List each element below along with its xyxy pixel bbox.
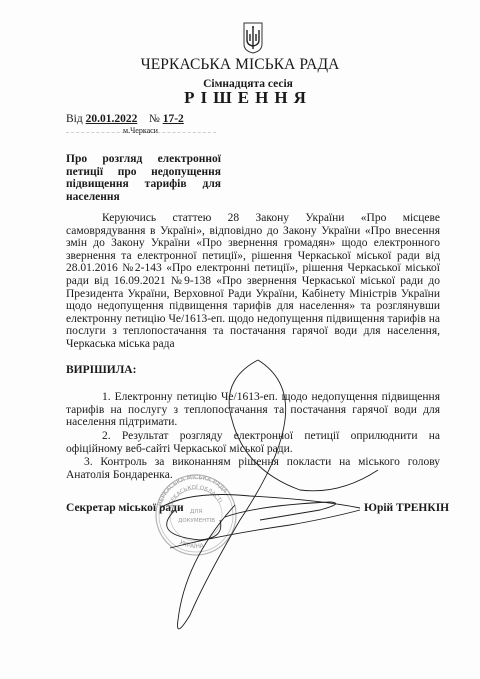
subject-line: населення [66,191,221,204]
official-stamp-icon: ЧЕРКАСЬКА МІСЬКА РАДА ЧЕРКАСЬКОЇ ОБЛАСТІ… [156,474,236,555]
subject-line: петиції про недопущення [66,166,221,179]
preamble-paragraph: Керуючись статтею 28 Закону України «Про… [66,212,440,351]
subject-line: Про розгляд електронної [66,153,221,166]
trident-emblem-icon [243,22,263,54]
signatory-position: Секретар міської ради [66,502,184,514]
svg-text:ДЛЯ: ДЛЯ [190,509,202,515]
resolution-item-1: 1. Електронну петицію Че/1613-еп. щодо н… [66,391,440,429]
svg-text:ДОКУМЕНТІВ: ДОКУМЕНТІВ [178,518,215,524]
decision-number: 17-2 [163,113,184,125]
subject-block: Про розгляд електронної петиції про недо… [66,153,221,203]
subject-line: підвищення тарифів для [66,178,221,191]
city-label: м.Черкаси [123,126,158,135]
date-prefix: Від [66,113,86,125]
decision-date: 20.01.2022 [86,113,138,125]
number-prefix: № [149,113,163,125]
resolved-label: ВИРІШИЛА: [66,364,136,376]
resolution-item-2: 2. Результат розгляду електронної петиці… [66,430,440,455]
document-page: ЧЕРКАСЬКА МІСЬКА РАДА Сімнадцята сесія Р… [0,0,480,679]
svg-text:УКРАЇНА: УКРАЇНА [178,539,205,550]
date-line: Від 20.01.2022 № 17-2 [66,113,184,125]
signatory-name: Юрій ТРЕНКІН [364,502,449,514]
decision-title: РІШЕННЯ [0,88,480,108]
council-title: ЧЕРКАСЬКА МІСЬКА РАДА [0,56,480,74]
resolution-item-3: 3. Контроль за виконанням рішення поклас… [66,456,440,481]
